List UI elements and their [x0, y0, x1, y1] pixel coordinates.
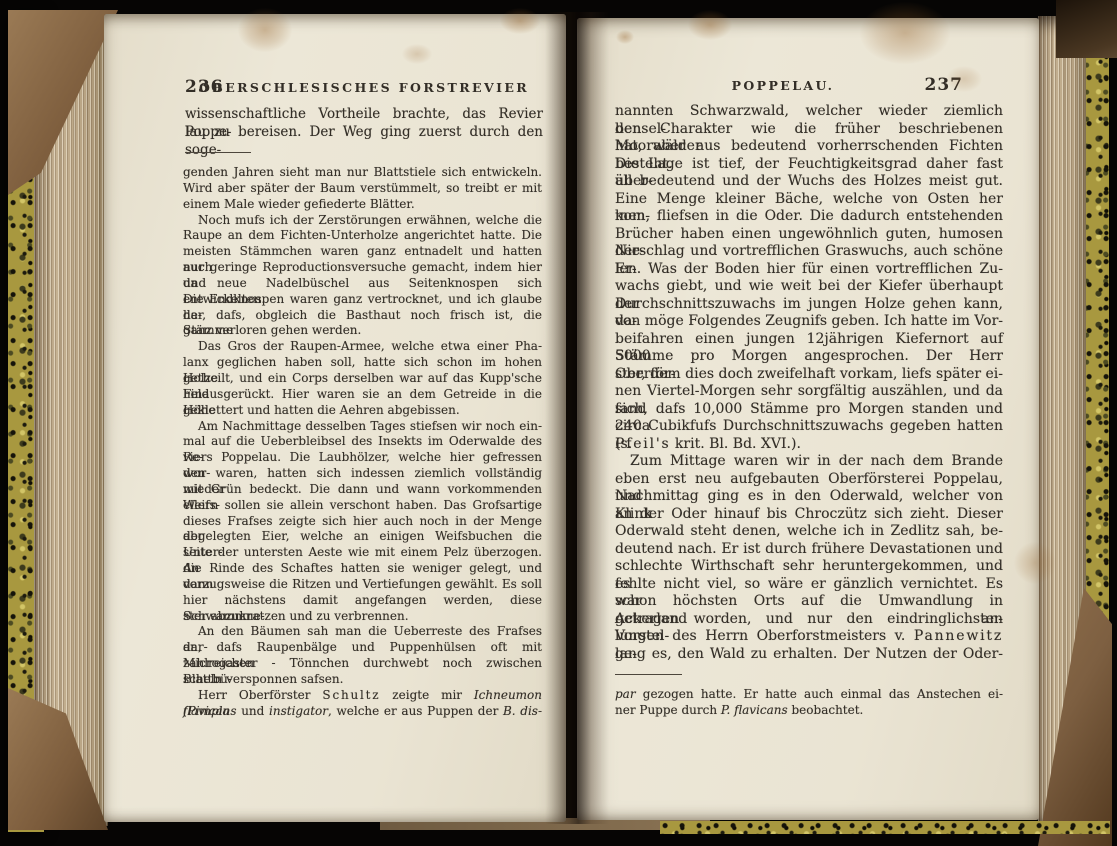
text-run: ner Puppe durch — [615, 703, 721, 717]
text-line: len. Was der Boden hier für einen vortre… — [615, 261, 1003, 279]
text-run: Oderwald steht denen, welche ich in Zedl… — [615, 523, 1003, 539]
text-line: eben erst neu aufgebauten Oberförsterei … — [615, 471, 1003, 489]
right-page-header: POPPELAU. 237 — [615, 78, 1003, 93]
text-line: beifahren einen jungen 12jährigen Kiefer… — [615, 331, 1003, 349]
text-run: len. Was der Boden hier für einen vortre… — [615, 261, 1003, 277]
text-line: getheilt, und ein Corps derselben war au… — [183, 371, 542, 387]
text-run: Pfeil's — [615, 436, 670, 452]
text-run: ganz verloren gehen werden. — [183, 323, 361, 337]
text-run: P. flavicans — [721, 703, 788, 717]
right-footnote-text: par gezogen hatte. Er hatte auch einmal … — [615, 686, 1003, 718]
text-line: Wird aber später der Baum verstümmelt, s… — [183, 181, 542, 197]
paragraph: An den Bäumen sah man die Ueberreste des… — [183, 624, 542, 687]
text-run: B. dis- — [503, 704, 542, 718]
text-run: men, fliefsen in die Oder. Die dadurch e… — [615, 208, 1003, 224]
paragraph: Das Gros der Raupen-Armee, welche etwa e… — [183, 339, 542, 418]
text-line: geklettert und hatten die Aehren abgebis… — [183, 403, 542, 419]
left-main-text: wissenschaftliche Vortheile brachte, das… — [185, 105, 543, 141]
text-line: all bedeutend und der Wuchs des Holzes m… — [615, 173, 1003, 191]
text-run: Das Gros der Raupen-Armee, welche etwa e… — [198, 339, 542, 353]
text-run: beobachtet. — [788, 703, 864, 717]
text-line: da neue Nadelbüschel aus Seitenknospen s… — [183, 276, 542, 292]
text-run: Pannewitz — [914, 628, 1003, 644]
text-run: lungen des Herrn Oberforstmeisters v. — [615, 628, 914, 644]
paragraph: nannten Schwarzwald, welcher wieder ziem… — [615, 103, 1003, 453]
text-line: lau zu bereisen. Der Weg ging zuerst dur… — [185, 123, 543, 141]
text-line: nur geringe Reproductionsversuche gemach… — [183, 260, 542, 276]
left-running-head: OBERSCHLESISCHES FORSTREVIER — [185, 80, 543, 95]
text-run: all bedeutend und der Wuchs des Holzes m… — [615, 173, 1003, 189]
text-line: 240 Cubikfufs Durchschnittszuwachs gegeb… — [615, 418, 1003, 436]
paragraph: genden Jahren sieht man nur Blattstiele … — [183, 165, 542, 213]
bottom-board-marble-strip — [660, 821, 1110, 834]
text-run: , welche er aus Puppen der — [328, 704, 503, 718]
text-line: An den Bäumen sah man die Ueberreste des… — [183, 624, 542, 640]
text-line: meisten Stämmchen waren ganz entnadelt u… — [183, 244, 542, 260]
text-line: viers Poppelau. Die Laubhölzer, welche h… — [183, 450, 542, 466]
text-line: ellern sollen sie allein verschont haben… — [183, 498, 542, 514]
text-run: zeigte mir — [380, 688, 474, 702]
text-run: Schultz — [322, 688, 380, 702]
text-line: Oderwald steht denen, welche ich in Zedl… — [615, 523, 1003, 541]
text-line: von möge Folgendes Zeugnifs geben. Ich h… — [615, 313, 1003, 331]
text-line: seite der untersten Aeste wie mit einem … — [183, 545, 542, 561]
left-footnote-text: genden Jahren sieht man nur Blattstiele … — [183, 165, 542, 720]
text-line: derschlag und vortrefflichen Graswuchs, … — [615, 243, 1003, 261]
text-line: Pfeil's krit. Bl. Bd. XVI.). — [615, 436, 1003, 454]
right-main-text: nannten Schwarzwald, welcher wieder ziem… — [615, 103, 1003, 663]
text-line: einem Male wieder gefiederte Blätter. — [183, 197, 542, 213]
paragraph: Noch mufs ich der Zerstörungen erwähnen,… — [183, 213, 542, 340]
text-run: und — [237, 704, 269, 718]
text-line: mit Grün bedeckt. Die dann und wann vork… — [183, 482, 542, 498]
left-page-header: 236 OBERSCHLESISCHES FORSTREVIER — [185, 80, 543, 95]
text-line: ben Charakter wie die früher beschrieben… — [615, 121, 1003, 139]
text-run: Noch mufs ich der Zerstörungen erwähnen,… — [198, 213, 542, 227]
text-line: mal auf die Ueberbleibsel des Insekts im… — [183, 434, 542, 450]
book-photo: 236 OBERSCHLESISCHES FORSTREVIER wissens… — [0, 0, 1117, 846]
text-line: abgelegten Eier, welche an einigen Weifs… — [183, 529, 542, 545]
text-line: deutend nach. Er ist durch frühere Devas… — [615, 541, 1003, 559]
text-line: nannten Schwarzwald, welcher wieder ziem… — [615, 103, 1003, 121]
text-line: Eine Menge kleiner Bäche, welche von Ost… — [615, 191, 1003, 209]
text-line: ster abzukratzen und zu verbrennen. — [183, 609, 542, 625]
text-run: krit. Bl. Bd. XVI.). — [670, 436, 800, 452]
paragraph: wissenschaftliche Vortheile brachte, das… — [185, 105, 543, 141]
text-line: Zum Mittage waren wir in der nach dem Br… — [615, 453, 1003, 471]
text-line: genden Jahren sieht man nur Blattstiele … — [183, 165, 542, 181]
text-line: die Rinde des Schaftes hatten sie wenige… — [183, 561, 542, 577]
paragraph: Am Nachmittage desselben Tages stiefsen … — [183, 419, 542, 625]
text-line: vorzugsweise die Ritzen und Vertiefungen… — [183, 577, 542, 593]
text-line: hat, aber aus bedeutend vorherrschenden … — [615, 138, 1003, 156]
text-line: lang es, den Wald zu erhalten. Der Nutze… — [615, 646, 1003, 664]
text-line: Die Lage ist tief, der Feuchtigkeitsgrad… — [615, 156, 1003, 174]
leather-corner-top-right — [1056, 0, 1117, 58]
text-line: flavicans und instigator, welche er aus … — [183, 704, 542, 720]
text-run: deutend nach. Er ist durch frühere Devas… — [615, 541, 1003, 557]
text-run: gezogen hatte. Er hatte auch einmal das … — [636, 687, 1003, 701]
text-line: ner Puppe durch P. flavicans beobachtet. — [615, 702, 1003, 718]
footnote-rule-right — [615, 674, 682, 675]
text-line: par gezogen hatte. Er hatte auch einmal … — [615, 686, 1003, 702]
left-page: 236 OBERSCHLESISCHES FORSTREVIER wissens… — [104, 14, 566, 822]
right-running-head: POPPELAU. — [589, 78, 977, 93]
text-run: flavicans — [183, 704, 237, 718]
paragraph: par gezogen hatte. Er hatte auch einmal … — [615, 686, 1003, 718]
paragraph: Herr Oberförster Schultz zeigte mir Ichn… — [183, 688, 542, 720]
text-line: Das Gros der Raupen-Armee, welche etwa e… — [183, 339, 542, 355]
text-line: men, fliefsen in die Oder. Die dadurch e… — [615, 208, 1003, 226]
text-run: ellern sollen sie allein verschont haben… — [183, 498, 542, 512]
text-line: Noch mufs ich der Zerstörungen erwähnen,… — [183, 213, 542, 229]
text-run: Raupe an dem Fichten-Unterholze angerich… — [183, 228, 542, 242]
text-line: schlechte Wirthschaft sehr heruntergekom… — [615, 558, 1003, 576]
text-line: hinausgerückt. Hier waren sie an dem Get… — [183, 387, 542, 403]
text-line: Brücher haben einen ungewöhnlich guten, … — [615, 226, 1003, 244]
text-line: dieses Frafses zeigte sich hier auch noc… — [183, 514, 542, 530]
text-run: par — [615, 687, 636, 701]
text-line: hier nächstens damit angefangen werden, … — [183, 593, 542, 609]
text-line: ster, dem dies doch zweifelhaft vorkam, … — [615, 366, 1003, 384]
text-run: Herr Oberförster — [198, 688, 322, 702]
text-line: an der Oder hinauf bis Chroczütz sich zi… — [615, 506, 1003, 524]
text-line: den waren, hatten sich indessen ziemlich… — [183, 466, 542, 482]
text-line: sich, dafs 10,000 Stämme pro Morgen stan… — [615, 401, 1003, 419]
right-page: POPPELAU. 237 nannten Schwarzwald, welch… — [577, 18, 1039, 820]
text-line: an, dafs Raupenbälge und Puppenhülsen of… — [183, 640, 542, 656]
text-run: an der Oder hinauf bis Chroczütz sich zi… — [615, 506, 1003, 522]
text-run: Wird aber später der Baum verstümmelt, s… — [183, 181, 542, 195]
right-page-number: 237 — [925, 75, 964, 95]
text-line: schon höchsten Orts auf die Umwandlung i… — [615, 593, 1003, 611]
text-line: Nachmittag ging es in den Oderwald, welc… — [615, 488, 1003, 506]
text-run: instigator — [269, 704, 328, 718]
text-run: vorzugsweise die Ritzen und Vertiefungen… — [183, 577, 542, 591]
text-line: lungen des Herrn Oberforstmeisters v. Pa… — [615, 628, 1003, 646]
text-line: lanx geglichen haben soll, hatte sich sc… — [183, 355, 542, 371]
text-run: geklettert und hatten die Aehren abgebis… — [183, 403, 460, 417]
text-line: Raupe an dem Fichten-Unterholze angerich… — [183, 228, 542, 244]
text-line: ganz verloren gehen werden. — [183, 323, 542, 339]
text-line: fehlte nicht viel, so wäre er gänzlich v… — [615, 576, 1003, 594]
text-run: lang es, den Wald zu erhalten. Der Nutze… — [615, 646, 1003, 662]
left-page-number: 236 — [185, 77, 224, 97]
footnote-rule-left — [185, 152, 251, 153]
text-line: Am Nachmittage desselben Tages stiefsen … — [183, 419, 542, 435]
text-line: Stämme pro Morgen angesprochen. Der Herr… — [615, 348, 1003, 366]
text-run: ster, dem dies doch zweifelhaft vorkam, … — [615, 366, 1003, 382]
text-run: genden Jahren sieht man nur Blattstiele … — [183, 165, 542, 179]
text-line: nen Viertel-Morgen sehr sorgfältig auszä… — [615, 383, 1003, 401]
text-run: von möge Folgendes Zeugnifs geben. Ich h… — [615, 313, 1003, 329]
text-line: getragen worden, und nur den eindringlic… — [615, 611, 1003, 629]
text-run: Am Nachmittage desselben Tages stiefsen … — [198, 419, 542, 433]
text-line: wissenschaftliche Vortheile brachte, das… — [185, 105, 543, 123]
text-line: scheln versponnen safsen. — [183, 672, 542, 688]
text-line: Microgaster - Tönnchen durchwebt noch zw… — [183, 656, 542, 672]
text-line: Durchschnittszuwachs im jungen Holze geh… — [615, 296, 1003, 314]
text-run: einem Male wieder gefiederte Blätter. — [183, 197, 415, 211]
text-line: her, dafs, obgleich die Basthaut noch fr… — [183, 308, 542, 324]
text-run: scheln versponnen safsen. — [183, 672, 343, 686]
text-line: wachs giebt, und wie weit bei der Kiefer… — [615, 278, 1003, 296]
text-run: ster abzukratzen und zu verbrennen. — [183, 609, 409, 623]
text-line: Herr Oberförster Schultz zeigte mir Ichn… — [183, 688, 542, 704]
text-line: Die Endknospen waren ganz vertrocknet, u… — [183, 292, 542, 308]
paragraph: Zum Mittage waren wir in der nach dem Br… — [615, 453, 1003, 663]
text-run: Zum Mittage waren wir in der nach dem Br… — [630, 453, 1003, 469]
